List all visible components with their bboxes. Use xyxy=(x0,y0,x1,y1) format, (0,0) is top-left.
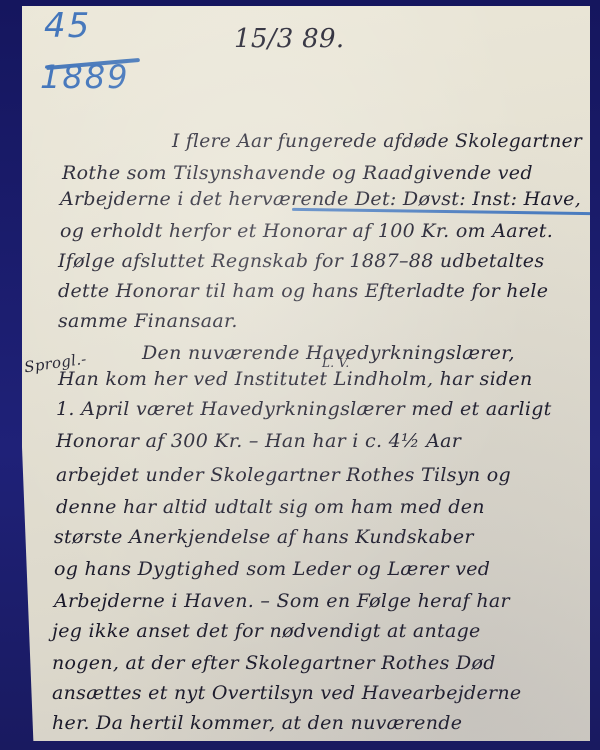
text-line-6: dette Honorar til ham og hans Efterladte… xyxy=(58,280,548,302)
letter-page: 45 1889 15/3 89. I flere Aar fungerede a… xyxy=(22,6,590,741)
text-line-1: I flere Aar fungerede afdøde Skolegartne… xyxy=(172,130,582,152)
text-line-17: jeg ikke anset det for nødvendigt at ant… xyxy=(52,620,481,642)
letter-date: 15/3 89. xyxy=(234,24,344,54)
text-line-2: Rothe som Tilsynshavende og Raadgivende … xyxy=(62,162,533,184)
text-line-14: største Anerkjendelse af hans Kundskaber xyxy=(54,526,474,548)
text-line-13: denne har altid udtalt sig om ham med de… xyxy=(56,496,485,518)
text-line-3: Arbejderne i det herværende Det: Døvst: … xyxy=(60,188,581,210)
text-line-9: Han kom her ved Institutet Lindholm, har… xyxy=(58,368,533,390)
text-line-16: Arbejderne i Haven. – Som en Følge heraf… xyxy=(54,590,510,612)
text-line-12: arbejdet under Skolegartner Rothes Tilsy… xyxy=(56,464,511,486)
archive-number: 45 xyxy=(44,6,91,46)
text-line-18: nogen, at der efter Skolegartner Rothes … xyxy=(52,652,496,674)
archive-year: 1889 xyxy=(40,58,129,96)
text-line-20: her. Da hertil kommer, at den nuværende xyxy=(52,712,462,734)
text-line-19: ansættes et nyt Overtilsyn ved Havearbej… xyxy=(52,682,521,704)
text-line-15: og hans Dygtighed som Leder og Lærer ved xyxy=(54,558,490,580)
text-line-5: Ifølge afsluttet Regnskab for 1887–88 ud… xyxy=(58,250,544,272)
text-line-11: Honorar af 300 Kr. – Han har i c. 4½ Aar xyxy=(56,430,461,452)
text-line-10: 1. April været Havedyrkningslærer med et… xyxy=(56,398,552,420)
text-line-7: samme Finansaar. xyxy=(58,310,238,332)
text-line-4: og erholdt herfor et Honorar af 100 Kr. … xyxy=(60,220,553,242)
